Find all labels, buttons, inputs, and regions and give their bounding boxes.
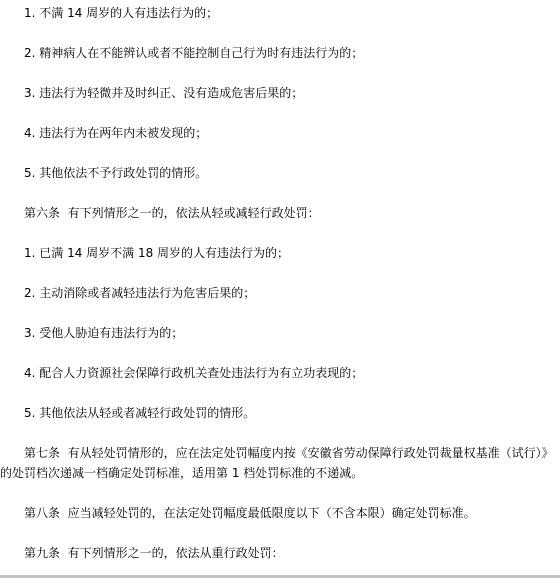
no-penalty-item-1: 1. 不满 14 周岁的人有违法行为的；: [0, 3, 560, 23]
lenient-penalty-item-2: 2. 主动消除或者减轻违法行为危害后果的；: [0, 283, 560, 303]
article-7-paragraph: 第七条 有从轻处罚情形的，应在法定处罚幅度内按《安徽省劳动保障行政处罚裁量权基准…: [0, 443, 560, 483]
lenient-penalty-item-1: 1. 已满 14 周岁不满 18 周岁的人有违法行为的；: [0, 243, 560, 263]
no-penalty-item-3: 3. 违法行为轻微并及时纠正、没有造成危害后果的；: [0, 83, 560, 103]
no-penalty-item-4: 4. 违法行为在两年内未被发现的；: [0, 123, 560, 143]
article-9-lead: 第九条 有下列情形之一的，依法从重行政处罚：: [0, 543, 560, 563]
lenient-penalty-item-4: 4. 配合人力资源社会保障行政机关查处违法行为有立功表现的；: [0, 363, 560, 383]
no-penalty-item-2: 2. 精神病人在不能辨认或者不能控制自己行为时有违法行为的；: [0, 43, 560, 63]
no-penalty-item-5: 5. 其他依法不予行政处罚的情形。: [0, 163, 560, 183]
lenient-penalty-item-5: 5. 其他依法从轻或者减轻行政处罚的情形。: [0, 403, 560, 423]
lenient-penalty-item-3: 3. 受他人胁迫有违法行为的；: [0, 323, 560, 343]
legal-document-page: 1. 不满 14 周岁的人有违法行为的； 2. 精神病人在不能辨认或者不能控制自…: [0, 0, 560, 578]
article-6-lead: 第六条 有下列情形之一的，依法从轻或减轻行政处罚：: [0, 203, 560, 223]
article-8-paragraph: 第八条 应当减轻处罚的，在法定处罚幅度最低限度以下（不含本限）确定处罚标准。: [0, 503, 560, 523]
